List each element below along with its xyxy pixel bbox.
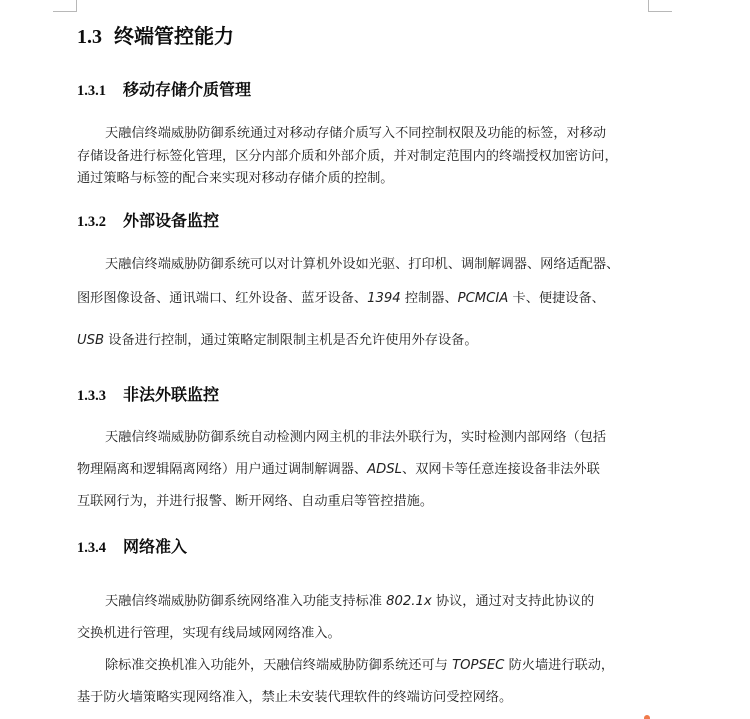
decorative-mark: [644, 715, 650, 719]
text-run: 设备进行控制，通过策略定制限制主机是否允许使用外存设备。: [104, 333, 477, 348]
page-margin-mark-top-left: [53, 0, 77, 12]
subsection-title: 移动存储介质管理: [123, 82, 251, 99]
text-run: 物理隔离和逻辑隔离网络）用户通过调制解调器、: [77, 462, 367, 477]
text-run: 控制器、: [401, 291, 458, 306]
subsection-heading-1-3-4: 1.3.4网络准入: [77, 534, 187, 557]
subsection-number: 1.3.2: [77, 214, 123, 231]
text-run: 防火墙进行联动，: [504, 658, 614, 673]
subsection-number: 1.3.3: [77, 388, 123, 405]
text-run-latin: 802.1x: [386, 594, 432, 609]
text-run-latin: ADSL: [367, 462, 402, 477]
paragraph-line: 物理隔离和逻辑隔离网络）用户通过调制解调器、ADSL、双网卡等任意连接设备非法外…: [77, 458, 600, 477]
text-run: 除标准交换机准入功能外，天融信终端威胁防御系统还可与: [105, 658, 452, 673]
text-run-latin: 1394: [367, 291, 401, 306]
subsection-number: 1.3.4: [77, 540, 123, 557]
text-run: 卡、便捷设备、: [508, 291, 605, 306]
section-heading: 1.3终端管控能力: [77, 20, 234, 49]
text-run: 图形图像设备、通讯端口、红外设备、蓝牙设备、: [77, 291, 367, 306]
paragraph-line: 存储设备进行标签化管理，区分内部介质和外部介质，并对制定范围内的终端授权加密访问…: [77, 145, 618, 164]
text-run: 、双网卡等任意连接设备非法外联: [402, 462, 600, 477]
subsection-heading-1-3-3: 1.3.3非法外联监控: [77, 382, 219, 405]
paragraph-line: 天融信终端威胁防御系统通过对移动存储介质写入不同控制权限及功能的标签，对移动: [77, 122, 606, 141]
text-run-latin: TOPSEC: [452, 658, 504, 673]
text-run-latin: PCMCIA: [458, 291, 509, 306]
paragraph-line: 除标准交换机准入功能外，天融信终端威胁防御系统还可与 TOPSEC 防火墙进行联…: [77, 654, 614, 673]
subsection-heading-1-3-2: 1.3.2外部设备监控: [77, 208, 219, 231]
paragraph-line: 图形图像设备、通讯端口、红外设备、蓝牙设备、1394 控制器、PCMCIA 卡、…: [77, 287, 605, 306]
paragraph-line: 交换机进行管理，实现有线局域网网络准入。: [77, 622, 341, 641]
subsection-title: 网络准入: [123, 539, 187, 556]
page-margin-mark-top-right: [648, 0, 672, 12]
subsection-title: 非法外联监控: [123, 387, 219, 404]
paragraph-line: 天融信终端威胁防御系统自动检测内网主机的非法外联行为，实时检测内部网络（包括: [77, 426, 606, 445]
paragraph-line: 基于防火墙策略实现网络准入，禁止未安装代理软件的终端访问受控网络。: [77, 686, 512, 705]
paragraph-line: 天融信终端威胁防御系统可以对计算机外设如光驱、打印机、调制解调器、网络适配器、: [77, 253, 619, 272]
subsection-number: 1.3.1: [77, 83, 123, 100]
text-run: 天融信终端威胁防御系统网络准入功能支持标准: [105, 594, 386, 609]
paragraph-line: 天融信终端威胁防御系统网络准入功能支持标准 802.1x 协议，通过对支持此协议…: [77, 590, 594, 609]
subsection-heading-1-3-1: 1.3.1移动存储介质管理: [77, 77, 251, 100]
text-run: 协议，通过对支持此协议的: [432, 594, 594, 609]
subsection-title: 外部设备监控: [123, 213, 219, 230]
section-number: 1.3: [77, 26, 102, 48]
paragraph-line: 互联网行为，并进行报警、断开网络、自动重启等管控措施。: [77, 490, 433, 509]
section-title: 终端管控能力: [114, 26, 234, 48]
paragraph-line: USB 设备进行控制，通过策略定制限制主机是否允许使用外存设备。: [77, 329, 478, 348]
text-run-latin: USB: [77, 333, 104, 348]
paragraph-line: 通过策略与标签的配合来实现对移动存储介质的控制。: [77, 167, 394, 186]
